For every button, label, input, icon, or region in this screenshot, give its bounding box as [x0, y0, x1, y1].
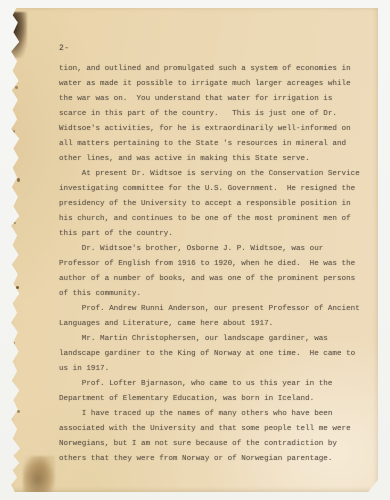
- text-line: Languages and Literature, came here abou…: [59, 317, 369, 332]
- edge-speck: [16, 286, 19, 289]
- paragraph: Mr. Martin Christophersen, our landscape…: [59, 332, 369, 377]
- text-line: Department of Elementary Education, was …: [59, 392, 369, 407]
- page-number: 2-: [59, 44, 70, 53]
- text-line: others that they were from Norway or of …: [59, 452, 369, 467]
- text-line: Prof. Lofter Bjarnason, who came to us t…: [59, 377, 369, 392]
- text-line: author of a number of books, and was one…: [59, 272, 369, 287]
- paragraph: Dr. Widtsoe's brother, Osborne J. P. Wid…: [59, 242, 369, 302]
- text-line: scarce in this part of the country. This…: [59, 107, 369, 122]
- edge-speck: [17, 410, 20, 413]
- text-line: all matters pertaining to the State 's r…: [59, 137, 369, 152]
- top-left-stain: [7, 12, 27, 58]
- edge-speck: [13, 130, 15, 133]
- text-line: I have traced up the names of many other…: [59, 407, 369, 422]
- paragraph: tion, and outlined and promulgated such …: [59, 62, 369, 167]
- text-line: other lines, and was active in making th…: [59, 152, 369, 167]
- text-line: landscape gardiner to the King of Norway…: [59, 347, 369, 362]
- paragraph: At present Dr. Widtsoe is serving on the…: [59, 167, 369, 242]
- edge-speck: [13, 342, 15, 345]
- bottom-left-stain: [23, 456, 55, 496]
- text-line: investigating committee for the U.S. Gov…: [59, 182, 369, 197]
- paragraph: Prof. Andrew Runni Anderson, our present…: [59, 302, 369, 332]
- text-line: us in 1917.: [59, 362, 369, 377]
- paper-sheet: 2- tion, and outlined and promulgated su…: [9, 8, 378, 492]
- text-line: the war was on. You understand that wate…: [59, 92, 369, 107]
- text-line: Widtsoe's activities, for he is extraord…: [59, 122, 369, 137]
- text-line: Mr. Martin Christophersen, our landscape…: [59, 332, 369, 347]
- text-line: presidency of the University to accept a…: [59, 197, 369, 212]
- edge-speck: [15, 86, 18, 89]
- text-line: water as made it possible to irrigate mu…: [59, 77, 369, 92]
- edge-speck: [14, 222, 16, 224]
- text-line: his church, and continues to be one of t…: [59, 212, 369, 227]
- text-line: Prof. Andrew Runni Anderson, our present…: [59, 302, 369, 317]
- text-line: At present Dr. Widtsoe is serving on the…: [59, 167, 369, 182]
- text-line: this part of the country.: [59, 227, 369, 242]
- text-line: Dr. Widtsoe's brother, Osborne J. P. Wid…: [59, 242, 369, 257]
- scan-viewport: 2- tion, and outlined and promulgated su…: [0, 0, 390, 500]
- text-line: Professor of English from 1916 to 1920, …: [59, 257, 369, 272]
- text-line: Norwegians, but I am not sure because of…: [59, 437, 369, 452]
- edge-speck: [17, 178, 20, 182]
- text-line: of this community.: [59, 287, 369, 302]
- paragraph: Prof. Lofter Bjarnason, who came to us t…: [59, 377, 369, 407]
- paragraph: I have traced up the names of many other…: [59, 407, 369, 467]
- text-line: tion, and outlined and promulgated such …: [59, 62, 369, 77]
- text-line: associated with the University and that …: [59, 422, 369, 437]
- typed-text-block: tion, and outlined and promulgated such …: [59, 62, 369, 467]
